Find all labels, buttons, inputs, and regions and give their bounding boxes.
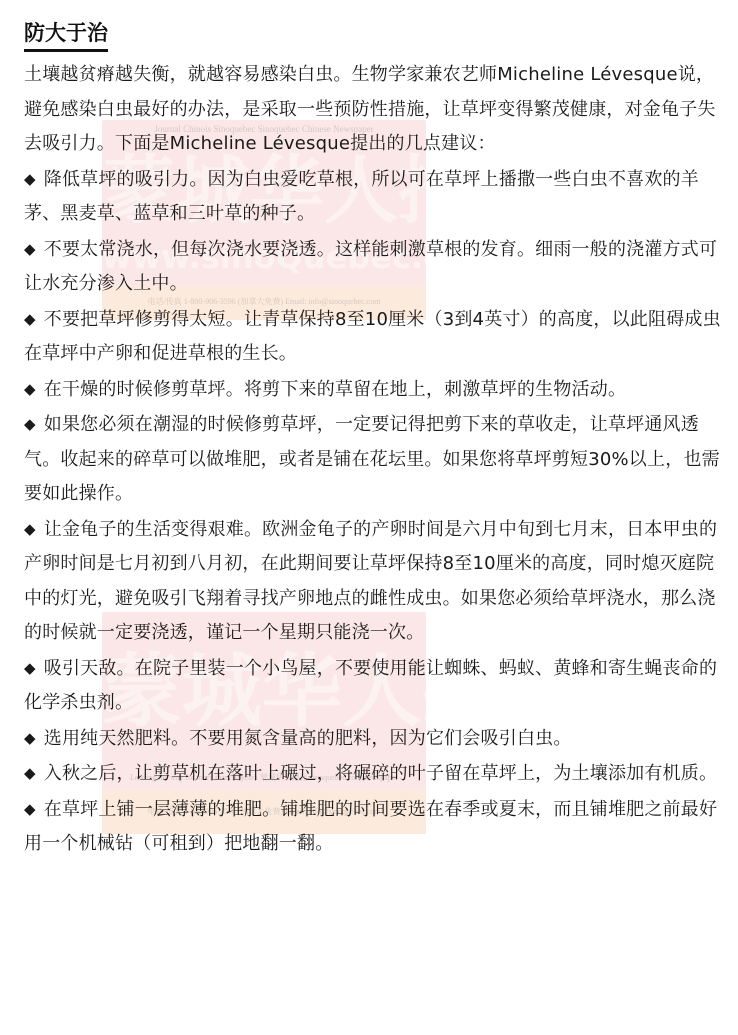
diamond-bullet-icon: ◆ [24, 302, 36, 337]
diamond-bullet-icon: ◆ [24, 407, 36, 442]
tip-text: 入秋之后，让剪草机在落叶上碾过，将碾碎的叶子留在草坪上，为土壤添加有机质。 [44, 763, 717, 784]
tip-text: 不要太常浇水，但每次浇水要浇透。这样能刺激草根的发育。细雨一般的浇灌方式可让水充… [24, 239, 717, 295]
tip-item: ◆不要太常浇水，但每次浇水要浇透。这样能刺激草根的发育。细雨一般的浇灌方式可让水… [24, 232, 724, 302]
tip-item: ◆吸引天敌。在院子里装一个小鸟屋，不要使用能让蜘蛛、蚂蚁、黄蜂和寄生蝇丧命的化学… [24, 651, 724, 721]
diamond-bullet-icon: ◆ [24, 651, 36, 686]
diamond-bullet-icon: ◆ [24, 792, 36, 827]
tip-text: 让金龟子的生活变得艰难。欧洲金龟子的产卵时间是六月中旬到七月末，日本甲虫的产卵时… [24, 519, 717, 644]
diamond-bullet-icon: ◆ [24, 162, 36, 197]
intro-paragraph: 土壤越贫瘠越失衡，就越容易感染白虫。生物学家兼农艺师Micheline Léve… [24, 58, 724, 162]
diamond-bullet-icon: ◆ [24, 721, 36, 756]
tip-text: 如果您必须在潮湿的时候修剪草坪，一定要记得把剪下来的草收走，让草坪通风透气。收起… [24, 414, 720, 504]
tip-text: 在干燥的时候修剪草坪。将剪下来的草留在地上，刺激草坪的生物活动。 [44, 379, 626, 400]
tip-text: 在草坪上铺一层薄薄的堆肥。铺堆肥的时间要选在春季或夏末，而且铺堆肥之前最好用一个… [24, 799, 717, 855]
tip-item: ◆在干燥的时候修剪草坪。将剪下来的草留在地上，刺激草坪的生物活动。 [24, 372, 724, 408]
section-heading: 防大于治 [24, 18, 108, 52]
diamond-bullet-icon: ◆ [24, 512, 36, 547]
tip-item: ◆让金龟子的生活变得艰难。欧洲金龟子的产卵时间是六月中旬到七月末，日本甲虫的产卵… [24, 512, 724, 651]
tip-item: ◆不要把草坪修剪得太短。让青草保持8至10厘米（3到4英寸）的高度，以此阻碍成虫… [24, 302, 724, 372]
article-body: 防大于治 土壤越贫瘠越失衡，就越容易感染白虫。生物学家兼农艺师Micheline… [24, 18, 724, 862]
tip-item: ◆选用纯天然肥料。不要用氮含量高的肥料，因为它们会吸引白虫。 [24, 721, 724, 757]
tip-text: 降低草坪的吸引力。因为白虫爱吃草根，所以可在草坪上播撒一些白虫不喜欢的羊茅、黑麦… [24, 169, 699, 225]
tip-item: ◆在草坪上铺一层薄薄的堆肥。铺堆肥的时间要选在春季或夏末，而且铺堆肥之前最好用一… [24, 792, 724, 862]
tip-item: ◆入秋之后，让剪草机在落叶上碾过，将碾碎的叶子留在草坪上，为土壤添加有机质。 [24, 756, 724, 792]
tip-text: 吸引天敌。在院子里装一个小鸟屋，不要使用能让蜘蛛、蚂蚁、黄蜂和寄生蝇丧命的化学杀… [24, 658, 717, 714]
diamond-bullet-icon: ◆ [24, 372, 36, 407]
diamond-bullet-icon: ◆ [24, 756, 36, 791]
tip-item: ◆如果您必须在潮湿的时候修剪草坪，一定要记得把剪下来的草收走，让草坪通风透气。收… [24, 407, 724, 512]
tip-text: 选用纯天然肥料。不要用氮含量高的肥料，因为它们会吸引白虫。 [44, 728, 572, 749]
tip-item: ◆降低草坪的吸引力。因为白虫爱吃草根，所以可在草坪上播撒一些白虫不喜欢的羊茅、黑… [24, 162, 724, 232]
diamond-bullet-icon: ◆ [24, 232, 36, 267]
tip-text: 不要把草坪修剪得太短。让青草保持8至10厘米（3到4英寸）的高度，以此阻碍成虫在… [24, 309, 721, 365]
